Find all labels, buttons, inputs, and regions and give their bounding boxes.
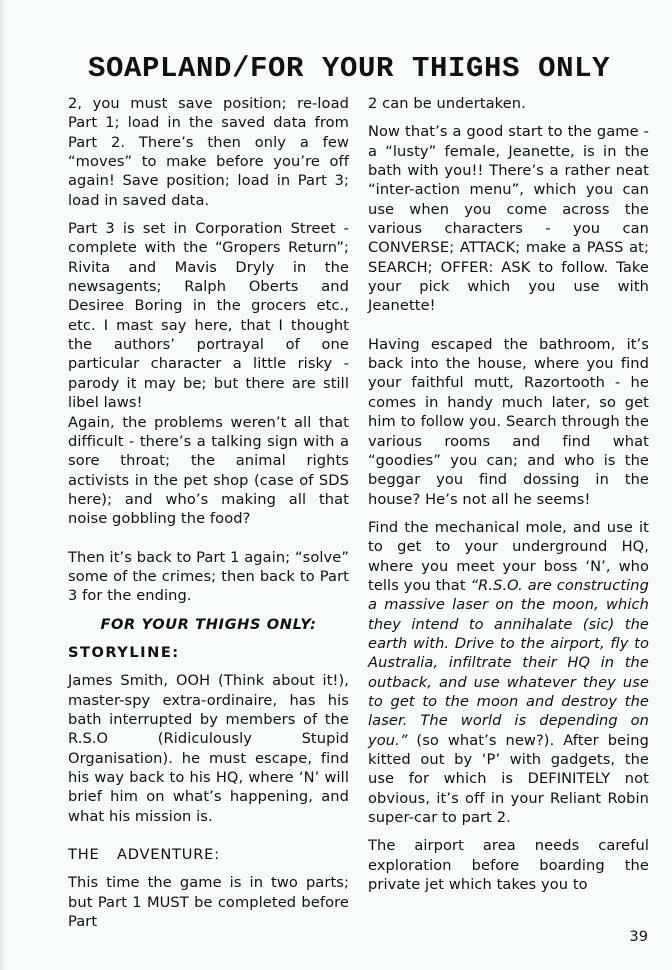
- page-number: 39: [620, 928, 648, 945]
- adventure-heading: THE ADVENTURE:: [68, 845, 349, 864]
- paragraph-mission: Find the mechanical mole, and use it to …: [368, 518, 649, 828]
- storyline-heading: STORYLINE:: [68, 643, 349, 662]
- left-column: 2, you must save position; re-load Part …: [68, 94, 349, 931]
- storyline-text: James Smith, OOH (Think about it!), mast…: [68, 671, 349, 826]
- paragraph-jeanette: Now that’s a good start to the game - a …: [368, 122, 649, 315]
- game-subtitle: FOR YOUR THIGHS ONLY:: [68, 615, 349, 634]
- paragraph-problems: Again, the problems weren’t all that dif…: [68, 413, 349, 529]
- right-column: 2 can be undertaken. Now that’s a good s…: [368, 94, 649, 894]
- page-edge-shadow: [0, 0, 6, 970]
- adventure-text: This time the game is in two parts; but …: [68, 873, 349, 931]
- paragraph-save-position: 2, you must save position; re-load Part …: [68, 94, 349, 210]
- paragraph-airport: The airport area needs careful explorati…: [368, 836, 649, 894]
- paragraph-back-to-part-1: Then it’s back to Part 1 again; “solve” …: [68, 548, 349, 606]
- mission-quote: “R.S.O. are constructing a massive laser…: [368, 577, 649, 749]
- page-title: SOAPLAND/FOR YOUR THIGHS ONLY: [88, 52, 648, 85]
- mission-outro: (so what’s new?). After being kitted out…: [368, 732, 649, 826]
- paragraph-bathroom-escape: Having escaped the bathroom, it’s back i…: [368, 335, 649, 509]
- paragraph-part-3: Part 3 is set in Corporation Street - co…: [68, 219, 349, 412]
- paragraph-undertaken: 2 can be undertaken.: [368, 94, 649, 113]
